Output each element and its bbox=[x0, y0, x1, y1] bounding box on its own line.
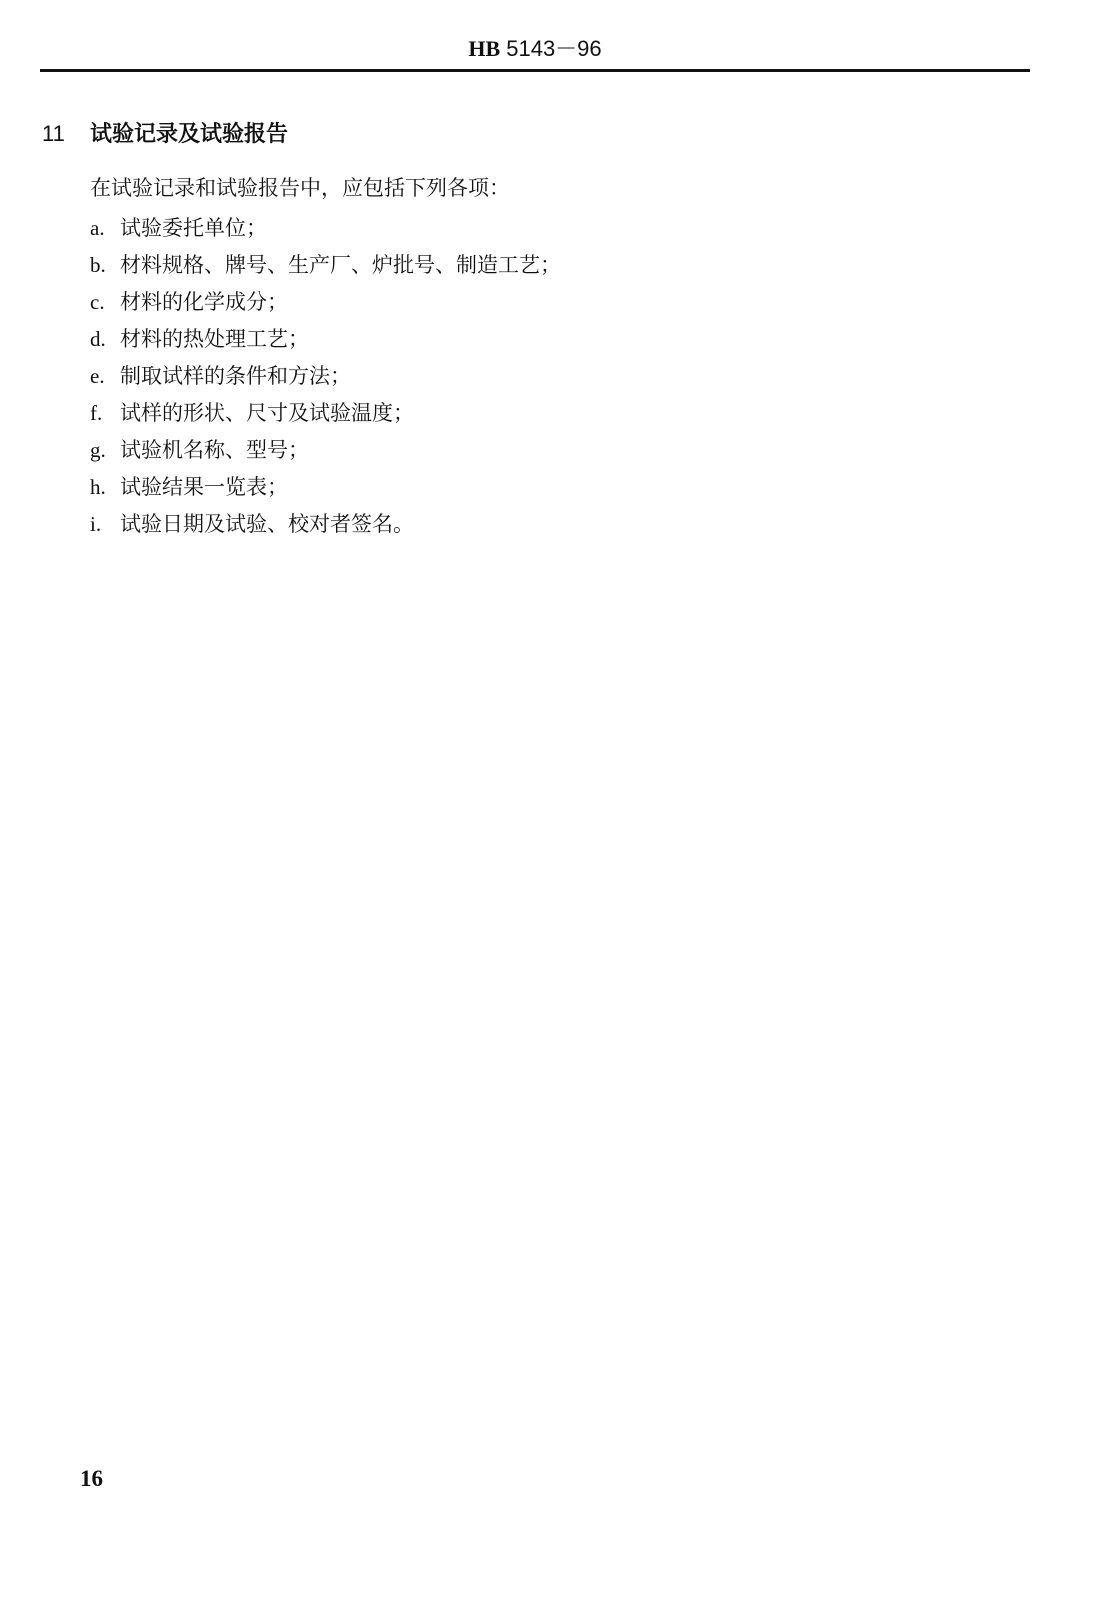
standard-prefix: HB bbox=[468, 36, 500, 61]
section-title: 试验记录及试验报告 bbox=[90, 122, 288, 147]
section-heading: 11试验记录及试验报告 bbox=[42, 117, 288, 148]
standard-code-header: HB 5143－96 bbox=[0, 32, 1070, 63]
item-marker: h. bbox=[90, 469, 120, 506]
item-text: 制取试样的条件和方法； bbox=[120, 364, 351, 388]
list-item: a.试验委托单位； bbox=[90, 210, 561, 247]
list-item: c.材料的化学成分； bbox=[90, 284, 561, 321]
list-item: f.试样的形状、尺寸及试验温度； bbox=[90, 395, 561, 432]
item-text: 试验日期及试验、校对者签名。 bbox=[120, 512, 414, 536]
list-item: e.制取试样的条件和方法； bbox=[90, 358, 561, 395]
item-marker: g. bbox=[90, 432, 120, 469]
section-intro: 在试验记录和试验报告中，应包括下列各项： bbox=[90, 172, 510, 202]
list-item: d.材料的热处理工艺； bbox=[90, 321, 561, 358]
header-divider bbox=[40, 69, 1030, 72]
list-item: i.试验日期及试验、校对者签名。 bbox=[90, 506, 561, 543]
list-item: b.材料规格、牌号、生产厂、炉批号、制造工艺； bbox=[90, 247, 561, 284]
item-marker: e. bbox=[90, 358, 120, 395]
item-marker: i. bbox=[90, 506, 120, 543]
item-marker: d. bbox=[90, 321, 120, 358]
item-text: 材料规格、牌号、生产厂、炉批号、制造工艺； bbox=[120, 253, 561, 277]
item-marker: a. bbox=[90, 210, 120, 247]
list-item: g.试验机名称、型号； bbox=[90, 432, 561, 469]
item-text: 材料的化学成分； bbox=[120, 290, 288, 314]
section-number: 11 bbox=[42, 121, 90, 147]
item-text: 试验机名称、型号； bbox=[120, 438, 309, 462]
item-marker: f. bbox=[90, 395, 120, 432]
item-marker: c. bbox=[90, 284, 120, 321]
item-text: 试验结果一览表； bbox=[120, 475, 288, 499]
page-number: 16 bbox=[80, 1466, 103, 1492]
standard-number: 5143－96 bbox=[500, 36, 602, 61]
requirement-list: a.试验委托单位； b.材料规格、牌号、生产厂、炉批号、制造工艺； c.材料的化… bbox=[90, 210, 561, 543]
item-text: 试样的形状、尺寸及试验温度； bbox=[120, 401, 414, 425]
item-marker: b. bbox=[90, 247, 120, 284]
list-item: h.试验结果一览表； bbox=[90, 469, 561, 506]
item-text: 材料的热处理工艺； bbox=[120, 327, 309, 351]
item-text: 试验委托单位； bbox=[120, 216, 267, 240]
